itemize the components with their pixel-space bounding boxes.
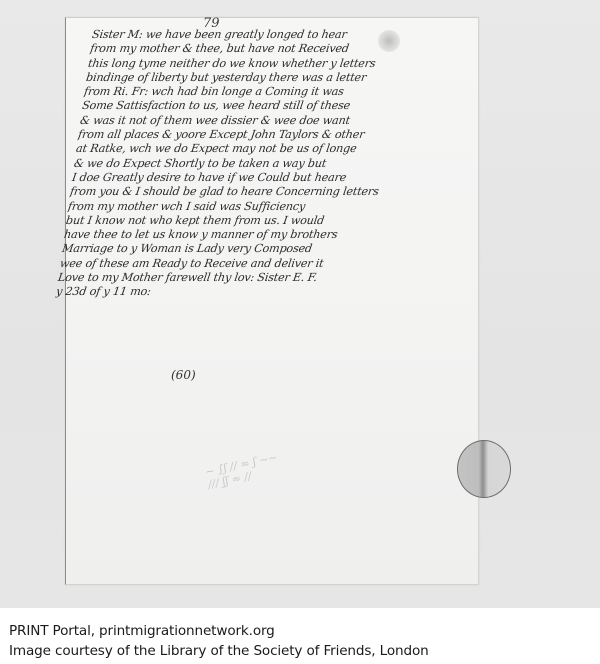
text-line: & was it not of them wee dissier & wee d… — [79, 114, 481, 128]
text-line: Marriage to y Woman is Lady very Compose… — [61, 242, 463, 256]
handwritten-text: Sister M: we have been greatly longed to… — [55, 28, 493, 300]
text-line: y 23d of y 11 mo: — [55, 285, 457, 299]
text-line: & we do Expect Shortly to be taken a way… — [73, 157, 475, 171]
faint-bleedthrough-writing: ~ ∫ʃ ∕∕ ≈ ʃ ~~ ∕∕∕ ʃʃ ≈ ∕∕ — [204, 451, 281, 492]
text-line: at Ratke, wch we do Expect may not be us… — [75, 142, 477, 156]
text-line: Sister M: we have been greatly longed to… — [91, 28, 493, 42]
text-line: from Ri. Fr: wch had bin longe a Coming … — [83, 85, 485, 99]
text-line: wee of these am Ready to Receive and del… — [59, 257, 461, 271]
text-line: from my mother & thee, but have not Rece… — [89, 42, 491, 56]
text-line: I doe Greatly desire to have if we Could… — [71, 171, 473, 185]
text-line: Some Sattisfaction to us, wee heard stil… — [81, 99, 483, 113]
letter-page: 79 Sister M: we have been greatly longed… — [65, 17, 479, 585]
image-credit: PRINT Portal, printmigrationnetwork.org … — [9, 621, 429, 661]
text-line: from my mother wch I said was Sufficienc… — [67, 200, 469, 214]
text-line: but I know not who kept them from us. I … — [65, 214, 467, 228]
credit-courtesy: Image courtesy of the Library of the Soc… — [9, 641, 429, 661]
wax-seal — [457, 440, 511, 498]
text-line: Love to my Mother farewell thy lov: Sist… — [57, 271, 459, 285]
text-line: this long tyme neither do we know whethe… — [87, 57, 489, 71]
text-line: have thee to let us know y manner of my … — [63, 228, 465, 242]
manuscript-photograph: 79 Sister M: we have been greatly longed… — [0, 0, 600, 608]
text-line: from you & I should be glad to heare Con… — [69, 185, 471, 199]
text-line: bindinge of liberty but yesterday there … — [85, 71, 487, 85]
page-number: (60) — [171, 368, 196, 382]
credit-source: PRINT Portal, printmigrationnetwork.org — [9, 621, 429, 641]
text-line: from all places & yoore Except John Tayl… — [77, 128, 479, 142]
